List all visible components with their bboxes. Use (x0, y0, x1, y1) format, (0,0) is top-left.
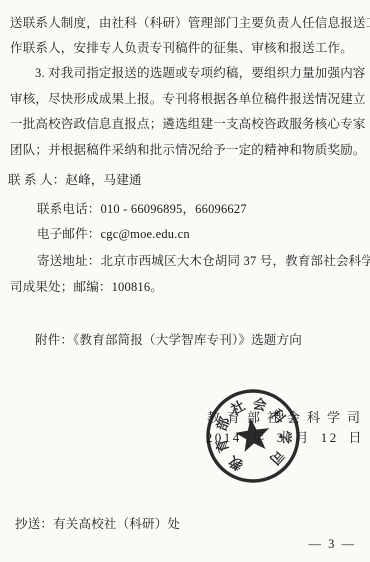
seal-char: 社 (228, 398, 248, 418)
body-line: 审核，尽快形成成果上报。专刊将根据各单位稿件报送情况建立 (10, 91, 366, 108)
body-line: 团队；并根据稿件采纳和批示情况给予一定的精神和物质奖励。 (10, 142, 366, 159)
seal-char: 科 (268, 406, 289, 427)
attachment-line: 附件：《教育部简报（大学智库专刊）》选题方向 (35, 332, 302, 349)
document-page: 送联系人制度，由社科（科研）管理部门主要负责人任信息报送工 作联系人，安排专人负… (0, 0, 370, 562)
seal-char: 会 (251, 395, 268, 414)
seal-char: 部 (213, 414, 233, 433)
body-line: 一批高校咨政信息直报点；遴选组建一支高校咨政服务核心专家 (10, 116, 366, 133)
official-seal: 教 育 部 社 会 科 学 司 (198, 381, 308, 491)
seal-char: 教 (225, 453, 245, 474)
cc-line: 抄送：有关高校社（科研）处 (15, 516, 180, 533)
mailing-address-line: 寄送地址：北京市西城区大木仓胡同 37 号，教育部社会科学 (37, 253, 370, 270)
body-line: 送联系人制度，由社科（科研）管理部门主要负责人任信息报送工 (10, 15, 370, 32)
seal-char: 学 (277, 430, 293, 445)
page-number: — 3 — (309, 536, 357, 553)
contact-person-line: 联 系 人：赵峰，马建通 (8, 172, 142, 189)
body-line: 作联系人，安排专人负责专刊稿件的征集、审核和报送工作。 (10, 40, 353, 57)
mailing-address-line: 司成果处；邮编：100816。 (10, 279, 163, 296)
contact-phone-line: 联系电话：010 - 66096895，66096627 (37, 201, 247, 218)
seal-char: 司 (267, 447, 288, 468)
body-line: 3. 对我司指定报送的选题或专项约稿，要组织力量加强内容 (35, 65, 366, 82)
star-icon (234, 416, 272, 453)
contact-email-line: 电子邮件：cgc@moe.edu.cn (37, 226, 190, 243)
seal-char: 育 (212, 437, 232, 455)
